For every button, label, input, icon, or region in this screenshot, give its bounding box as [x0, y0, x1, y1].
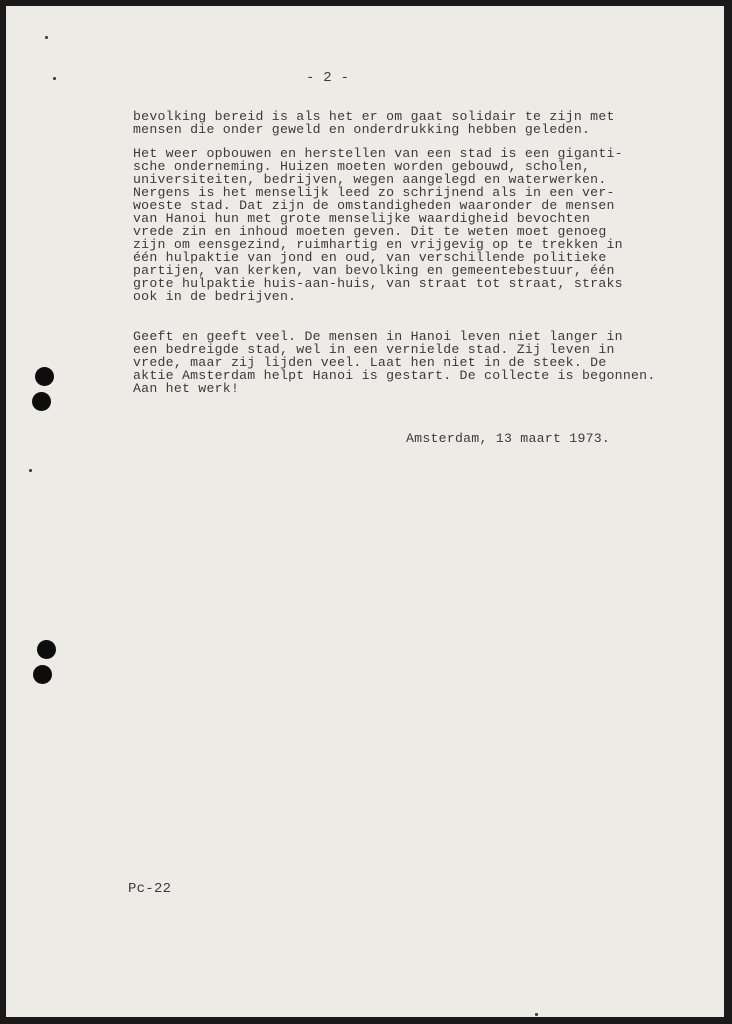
punch-hole-icon [35, 367, 54, 386]
paragraph-2: Het weer opbouwen en herstellen van een … [133, 147, 623, 303]
speck-mark [535, 1013, 538, 1016]
document-page: - 2 - bevolking bereid is als het er om … [6, 6, 724, 1017]
paragraph-3: Geeft en geeft veel. De mensen in Hanoi … [133, 330, 655, 395]
place-date-line: Amsterdam, 13 maart 1973. [406, 432, 610, 445]
punch-hole-icon [37, 640, 56, 659]
text-line: Aan het werk! [133, 382, 655, 395]
punch-hole-icon [32, 392, 51, 411]
speck-mark [53, 77, 56, 80]
page-number: - 2 - [306, 72, 349, 85]
speck-mark [45, 36, 48, 39]
reference-code: Pc-22 [128, 883, 171, 896]
speck-mark [29, 469, 32, 472]
punch-hole-icon [33, 665, 52, 684]
paragraph-1: bevolking bereid is als het er om gaat s… [133, 110, 615, 136]
text-line: mensen die onder geweld en onderdrukking… [133, 123, 615, 136]
text-line: ook in de bedrijven. [133, 290, 623, 303]
